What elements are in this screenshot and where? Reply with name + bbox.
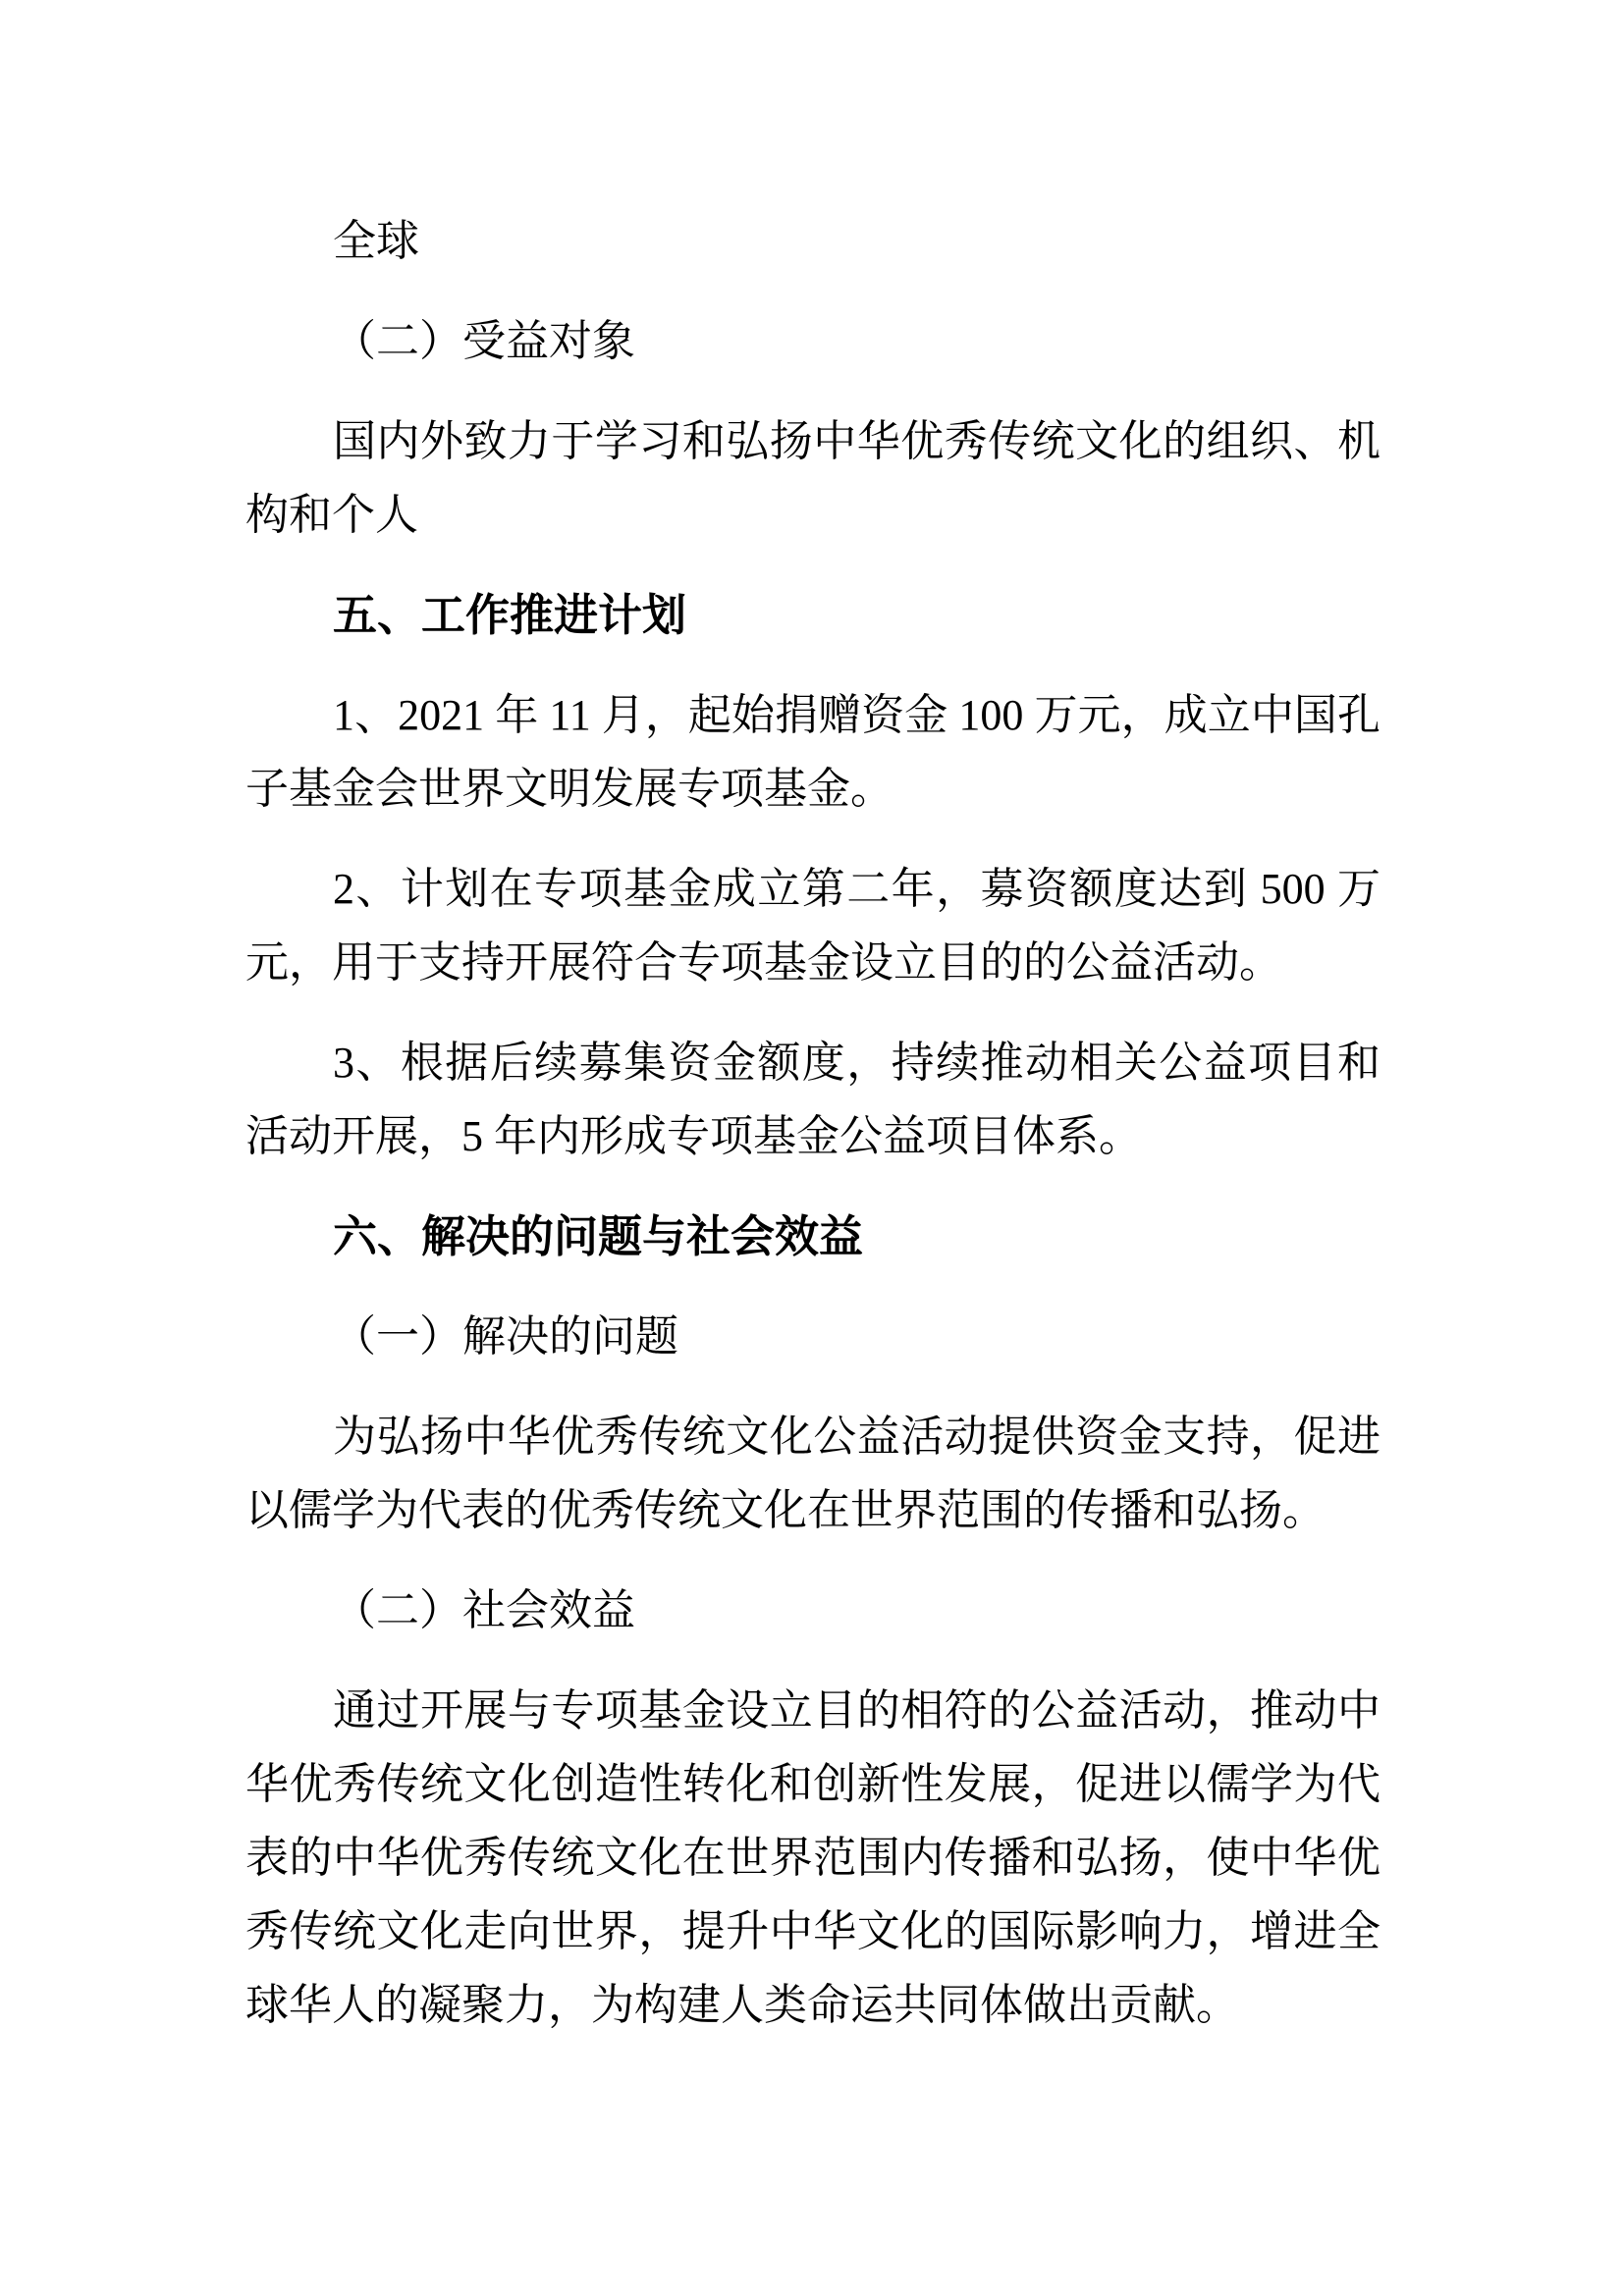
paragraph: 为弘扬中华优秀传统文化公益活动提供资金支持，促进以儒学为代表的优秀传统文化在世界… [245, 1400, 1380, 1547]
text-line: 子基金会世界文明发展专项基金。 [245, 752, 1380, 826]
text-line: 通过开展与专项基金设立目的相符的公益活动，推动中 [245, 1674, 1380, 1747]
paragraph: 2、计划在专项基金成立第二年，募资额度达到 500 万元，用于支持开展符合专项基… [245, 852, 1380, 999]
paragraph: 通过开展与专项基金设立目的相符的公益活动，推动中华优秀传统文化创造性转化和创新性… [245, 1674, 1380, 2042]
heading-line: 五、工作推进计划 [245, 578, 1380, 652]
heading-line: 六、解决的问题与社会效益 [245, 1200, 1380, 1273]
sub-heading: （一）解决的问题 [245, 1300, 1380, 1373]
section-heading: 五、工作推进计划 [245, 578, 1380, 652]
text-line: 1、2021 年 11 月，起始捐赠资金 100 万元，成立中国孔 [245, 678, 1380, 752]
sub-heading: （二）社会效益 [245, 1574, 1380, 1647]
paragraph: 全球 [245, 204, 1380, 278]
text-line: 表的中华优秀传统文化在世界范围内传播和弘扬，使中华优 [245, 1821, 1380, 1895]
paragraph: 国内外致力于学习和弘扬中华优秀传统文化的组织、机构和个人 [245, 404, 1380, 552]
text-line: 华优秀传统文化创造性转化和创新性发展，促进以儒学为代 [245, 1747, 1380, 1821]
text-line: 为弘扬中华优秀传统文化公益活动提供资金支持，促进 [245, 1400, 1380, 1473]
text-line: 秀传统文化走向世界，提升中华文化的国际影响力，增进全 [245, 1895, 1380, 1968]
paragraph: 3、根据后续募集资金额度，持续推动相关公益项目和活动开展，5 年内形成专项基金公… [245, 1026, 1380, 1173]
text-block: 全球（二）受益对象国内外致力于学习和弘扬中华优秀传统文化的组织、机构和个人五、工… [245, 204, 1380, 2042]
text-line: （一）解决的问题 [245, 1300, 1380, 1373]
text-line: 3、根据后续募集资金额度，持续推动相关公益项目和 [245, 1026, 1380, 1099]
text-line: （二）社会效益 [245, 1574, 1380, 1647]
text-line: 全球 [245, 204, 1380, 278]
text-line: 以儒学为代表的优秀传统文化在世界范围的传播和弘扬。 [245, 1473, 1380, 1547]
section-heading: 六、解决的问题与社会效益 [245, 1200, 1380, 1273]
text-line: 元，用于支持开展符合专项基金设立目的的公益活动。 [245, 926, 1380, 999]
sub-heading: （二）受益对象 [245, 304, 1380, 378]
document-page: 全球（二）受益对象国内外致力于学习和弘扬中华优秀传统文化的组织、机构和个人五、工… [0, 0, 1624, 2296]
text-line: 国内外致力于学习和弘扬中华优秀传统文化的组织、机 [245, 404, 1380, 478]
text-line: 球华人的凝聚力，为构建人类命运共同体做出贡献。 [245, 1968, 1380, 2042]
text-line: 活动开展，5 年内形成专项基金公益项目体系。 [245, 1099, 1380, 1173]
text-line: （二）受益对象 [245, 304, 1380, 378]
paragraph: 1、2021 年 11 月，起始捐赠资金 100 万元，成立中国孔子基金会世界文… [245, 678, 1380, 826]
text-line: 2、计划在专项基金成立第二年，募资额度达到 500 万 [245, 852, 1380, 926]
text-line: 构和个人 [245, 478, 1380, 552]
